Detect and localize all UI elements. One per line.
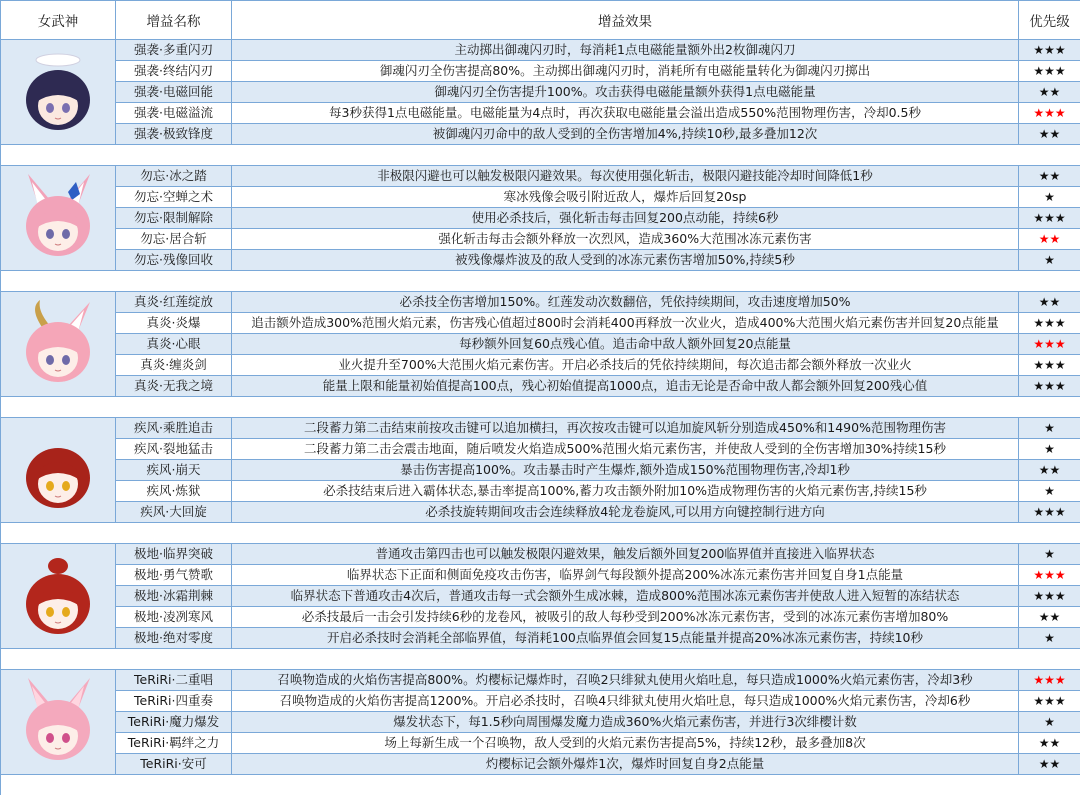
priority-cell: ★ — [1019, 628, 1080, 649]
buff-table: 女武神 增益名称 增益效果 优先级 强袭·多重闪刃主动掷出御魂闪刃时，每消耗1点… — [0, 0, 1080, 795]
star-rating-icon: ★ — [1044, 190, 1055, 204]
buff-effect: 寒冰残像会吸引附近敌人，爆炸后回复20sp — [232, 187, 1019, 208]
priority-cell: ★★★ — [1019, 334, 1080, 355]
buff-name: TeRiRi·二重唱 — [116, 670, 232, 691]
buff-name: 勿忘·空蝉之术 — [116, 187, 232, 208]
star-rating-icon: ★★★ — [1033, 673, 1065, 687]
buff-name: 疾风·裂地猛击 — [116, 439, 232, 460]
buff-name: 真炎·缠炎剑 — [116, 355, 232, 376]
star-rating-icon: ★ — [1044, 421, 1055, 435]
buff-name: TeRiRi·安可 — [116, 754, 232, 775]
table-row: 疾风·大回旋必杀技旋转期间攻击会连续释放4轮龙卷旋风,可以用方向键控制行进方向★… — [1, 502, 1080, 523]
buff-effect: 临界状态下普通攻击4次后，普通攻击每一式会额外生成冰棘，造成800%范围冰冻元素… — [232, 586, 1019, 607]
buff-effect: 御魂闪刃全伤害提升100%。攻击获得电磁能量额外获得1点电磁能量 — [232, 82, 1019, 103]
priority-cell: ★★★ — [1019, 61, 1080, 82]
star-rating-icon: ★★ — [1039, 127, 1061, 141]
buff-name: 强袭·电磁回能 — [116, 82, 232, 103]
priority-cell: ★★★ — [1019, 586, 1080, 607]
star-rating-icon: ★★★ — [1033, 568, 1065, 582]
priority-cell: ★★★ — [1019, 208, 1080, 229]
buff-effect: 二段蓄力第二击结束前按攻击键可以追加横扫，再次按攻击键可以追加旋风斩分别造成45… — [232, 418, 1019, 439]
table-row: TeRiRi·二重唱召唤物造成的火焰伤害提高800%。灼樱标记爆炸时，召唤2只绯… — [1, 670, 1080, 691]
buff-effect: 被残像爆炸波及的敌人受到的冰冻元素伤害增加50%,持续5秒 — [232, 250, 1019, 271]
buff-name: 勿忘·冰之踏 — [116, 166, 232, 187]
star-rating-icon: ★ — [1044, 253, 1055, 267]
star-rating-icon: ★ — [1044, 631, 1055, 645]
table-row: 真炎·红莲绽放必杀技全伤害增加150%。红莲发动次数翻倍，凭依持续期间，攻击速度… — [1, 292, 1080, 313]
table-row: 强袭·多重闪刃主动掷出御魂闪刃时，每消耗1点电磁能量额外出2枚御魂闪刀★★★ — [1, 40, 1080, 61]
table-row: 极地·勇气赞歌临界状态下正面和侧面免疫攻击伤害，临界剑气每段额外提高200%冰冻… — [1, 565, 1080, 586]
buff-effect: 爆发状态下，每1.5秒向周围爆发魔力造成360%火焰元素伤害，并进行3次绯樱计数 — [232, 712, 1019, 733]
star-rating-icon: ★★★ — [1033, 694, 1065, 708]
priority-cell: ★★ — [1019, 754, 1080, 775]
priority-cell: ★★★ — [1019, 103, 1080, 124]
table-row: 真炎·心眼每秒额外回复60点残心值。追击命中敌人额外回复20点能量★★★ — [1, 334, 1080, 355]
priority-cell: ★★★ — [1019, 502, 1080, 523]
priority-cell: ★★ — [1019, 229, 1080, 250]
table-row: 极地·绝对零度开启必杀技时会消耗全部临界值，每消耗100点临界值会回复15点能量… — [1, 628, 1080, 649]
pink-bunny-ear-valkyrie-avatar — [1, 170, 115, 266]
header-buff-name: 增益名称 — [116, 1, 232, 40]
buff-name: 真炎·心眼 — [116, 334, 232, 355]
group-spacer-row — [1, 649, 1080, 670]
buff-name: 勿忘·居合斩 — [116, 229, 232, 250]
buff-name: 疾风·乘胜追击 — [116, 418, 232, 439]
buff-name: TeRiRi·羁绊之力 — [116, 733, 232, 754]
character-cell — [1, 670, 116, 775]
buff-name: 极地·凌冽寒风 — [116, 607, 232, 628]
table-row: 强袭·电磁溢流每3秒获得1点电磁能量。电磁能量为4点时，再次获取电磁能量会溢出造… — [1, 103, 1080, 124]
table-row: 疾风·乘胜追击二段蓄力第二击结束前按攻击键可以追加横扫，再次按攻击键可以追加旋风… — [1, 418, 1080, 439]
buff-name: 勿忘·残像回收 — [116, 250, 232, 271]
star-rating-icon: ★★★ — [1033, 358, 1065, 372]
pink-bunny-girl-avatar — [1, 674, 115, 770]
star-rating-icon: ★★ — [1039, 610, 1061, 624]
priority-cell: ★★ — [1019, 460, 1080, 481]
table-row: 强袭·极致锋度被御魂闪刃命中的敌人受到的全伤害增加4%,持续10秒,最多叠加12… — [1, 124, 1080, 145]
dark-haired-valkyrie-avatar — [1, 44, 115, 140]
spacer-cell — [1, 649, 1080, 670]
priority-cell: ★ — [1019, 187, 1080, 208]
red-haired-valkyrie-avatar — [1, 422, 115, 518]
table-header-row: 女武神 增益名称 增益效果 优先级 — [1, 1, 1080, 40]
buff-name: 疾风·大回旋 — [116, 502, 232, 523]
priority-cell: ★★★ — [1019, 313, 1080, 334]
buff-name: 真炎·炎爆 — [116, 313, 232, 334]
priority-cell: ★★ — [1019, 82, 1080, 103]
character-cell — [1, 292, 116, 397]
priority-cell: ★★★ — [1019, 355, 1080, 376]
star-rating-icon: ★ — [1044, 442, 1055, 456]
priority-cell: ★ — [1019, 439, 1080, 460]
character-cell — [1, 544, 116, 649]
priority-cell: ★★ — [1019, 733, 1080, 754]
buff-name: 疾风·崩天 — [116, 460, 232, 481]
buff-name: 极地·临界突破 — [116, 544, 232, 565]
buff-effect: 临界状态下正面和侧面免疫攻击伤害，临界剑气每段额外提高200%冰冻元素伤害并回复… — [232, 565, 1019, 586]
group-spacer-row — [1, 397, 1080, 418]
buff-effect: 暴击伤害提高100%。攻击暴击时产生爆炸,额外造成150%范围物理伤害,冷却1秒 — [232, 460, 1019, 481]
star-rating-icon: ★★★ — [1033, 316, 1065, 330]
buff-effect: 必杀技最后一击会引发持续6秒的龙卷风，被吸引的敌人每秒受到200%冰冻元素伤害，… — [232, 607, 1019, 628]
character-cell — [1, 166, 116, 271]
buff-name: 疾风·炼狱 — [116, 481, 232, 502]
buff-effect: 非极限闪避也可以触发极限闪避效果。每次使用强化斩击，极限闪避技能冷却时间降低1秒 — [232, 166, 1019, 187]
priority-cell: ★★ — [1019, 124, 1080, 145]
buff-name: 真炎·红莲绽放 — [116, 292, 232, 313]
pink-horned-valkyrie-avatar — [1, 296, 115, 392]
buff-effect: 开启必杀技时会消耗全部临界值，每消耗100点临界值会回复15点能量并提高20%冰… — [232, 628, 1019, 649]
header-buff-effect: 增益效果 — [232, 1, 1019, 40]
priority-cell: ★★★ — [1019, 376, 1080, 397]
buff-name: 强袭·多重闪刃 — [116, 40, 232, 61]
buff-name: 勿忘·限制解除 — [116, 208, 232, 229]
star-rating-icon: ★★★ — [1033, 64, 1065, 78]
table-row: 极地·临界突破普通攻击第四击也可以触发极限闪避效果，触发后额外回复200临界值并… — [1, 544, 1080, 565]
buff-effect: 场上每新生成一个召唤物，敌人受到的火焰元素伤害提高5%，持续12秒，最多叠加8次 — [232, 733, 1019, 754]
star-rating-icon: ★★★ — [1033, 505, 1065, 519]
buff-name: 强袭·电磁溢流 — [116, 103, 232, 124]
star-rating-icon: ★★★ — [1033, 106, 1065, 120]
table-row: TeRiRi·四重奏召唤物造成的火焰伤害提高1200%。开启必杀技时，召唤4只绯… — [1, 691, 1080, 712]
buff-effect: 必杀技结束后进入霸体状态,暴击率提高100%,蓄力攻击额外附加10%造成物理伤害… — [232, 481, 1019, 502]
buff-name: TeRiRi·魔力爆发 — [116, 712, 232, 733]
priority-cell: ★ — [1019, 250, 1080, 271]
table-row: 真炎·无我之境能量上限和能量初始值提高100点，残心初始值提高1000点，追击无… — [1, 376, 1080, 397]
buff-name: TeRiRi·四重奏 — [116, 691, 232, 712]
buff-name: 强袭·终结闪刃 — [116, 61, 232, 82]
buff-effect: 每3秒获得1点电磁能量。电磁能量为4点时，再次获取电磁能量会溢出造成550%范围… — [232, 103, 1019, 124]
spacer-cell — [1, 397, 1080, 418]
buff-effect: 追击额外造成300%范围火焰元素，伤害残心值超过800时会消耗400再释放一次业… — [232, 313, 1019, 334]
priority-cell: ★★★ — [1019, 40, 1080, 61]
priority-cell: ★★★ — [1019, 670, 1080, 691]
star-rating-icon: ★★★ — [1033, 337, 1065, 351]
spacer-cell — [1, 775, 1080, 795]
table-row: 疾风·崩天暴击伤害提高100%。攻击暴击时产生爆炸,额外造成150%范围物理伤害… — [1, 460, 1080, 481]
table-body: 强袭·多重闪刃主动掷出御魂闪刃时，每消耗1点电磁能量额外出2枚御魂闪刀★★★强袭… — [1, 40, 1080, 795]
table-row: 疾风·裂地猛击二段蓄力第二击会震击地面，随后喷发火焰造成500%范围火焰元素伤害… — [1, 439, 1080, 460]
buff-effect: 每秒额外回复60点残心值。追击命中敌人额外回复20点能量 — [232, 334, 1019, 355]
buff-effect: 御魂闪刃全伤害提高80%。主动掷出御魂闪刃时，消耗所有电磁能量转化为御魂闪刃掷出 — [232, 61, 1019, 82]
buff-effect: 必杀技旋转期间攻击会连续释放4轮龙卷旋风,可以用方向键控制行进方向 — [232, 502, 1019, 523]
priority-cell: ★★ — [1019, 607, 1080, 628]
star-rating-icon: ★★ — [1039, 757, 1061, 771]
buff-effect: 业火提升至700%大范围火焰元素伤害。开启必杀技后的凭依持续期间，每次追击都会额… — [232, 355, 1019, 376]
group-spacer-row — [1, 523, 1080, 544]
table-row: TeRiRi·安可灼樱标记会额外爆炸1次，爆炸时回复自身2点能量★★ — [1, 754, 1080, 775]
priority-cell: ★ — [1019, 481, 1080, 502]
priority-cell: ★ — [1019, 418, 1080, 439]
group-spacer-row — [1, 775, 1080, 795]
star-rating-icon: ★★★ — [1033, 589, 1065, 603]
buff-effect: 召唤物造成的火焰伤害提高1200%。开启必杀技时，召唤4只绯狱丸使用火焰吐息，每… — [232, 691, 1019, 712]
spacer-cell — [1, 271, 1080, 292]
table-row: 强袭·终结闪刃御魂闪刃全伤害提高80%。主动掷出御魂闪刃时，消耗所有电磁能量转化… — [1, 61, 1080, 82]
star-rating-icon: ★★ — [1039, 169, 1061, 183]
buff-effect: 普通攻击第四击也可以触发极限闪避效果，触发后额外回复200临界值并直接进入临界状… — [232, 544, 1019, 565]
spacer-cell — [1, 145, 1080, 166]
table-row: 真炎·缠炎剑业火提升至700%大范围火焰元素伤害。开启必杀技后的凭依持续期间，每… — [1, 355, 1080, 376]
star-rating-icon: ★★ — [1039, 232, 1061, 246]
star-rating-icon: ★ — [1044, 547, 1055, 561]
buff-name: 真炎·无我之境 — [116, 376, 232, 397]
buff-name: 强袭·极致锋度 — [116, 124, 232, 145]
table-row: 极地·凌冽寒风必杀技最后一击会引发持续6秒的龙卷风，被吸引的敌人每秒受到200%… — [1, 607, 1080, 628]
table-row: 疾风·炼狱必杀技结束后进入霸体状态,暴击率提高100%,蓄力攻击额外附加10%造… — [1, 481, 1080, 502]
star-rating-icon: ★ — [1044, 715, 1055, 729]
priority-cell: ★★★ — [1019, 691, 1080, 712]
table-row: 勿忘·空蝉之术寒冰残像会吸引附近敌人，爆炸后回复20sp★ — [1, 187, 1080, 208]
star-rating-icon: ★★ — [1039, 295, 1061, 309]
priority-cell: ★ — [1019, 544, 1080, 565]
priority-cell: ★★★ — [1019, 565, 1080, 586]
star-rating-icon: ★★★ — [1033, 211, 1065, 225]
star-rating-icon: ★★ — [1039, 736, 1061, 750]
buff-effect: 二段蓄力第二击会震击地面，随后喷发火焰造成500%范围火焰元素伤害，并使敌人受到… — [232, 439, 1019, 460]
priority-cell: ★★ — [1019, 166, 1080, 187]
red-ponytail-valkyrie-avatar — [1, 548, 115, 644]
table-row: TeRiRi·羁绊之力场上每新生成一个召唤物，敌人受到的火焰元素伤害提高5%，持… — [1, 733, 1080, 754]
star-rating-icon: ★★ — [1039, 463, 1061, 477]
table-row: 勿忘·限制解除使用必杀技后，强化斩击每击回复200点动能，持续6秒★★★ — [1, 208, 1080, 229]
table-row: TeRiRi·魔力爆发爆发状态下，每1.5秒向周围爆发魔力造成360%火焰元素伤… — [1, 712, 1080, 733]
character-cell — [1, 40, 116, 145]
buff-effect: 强化斩击每击会额外释放一次烈风，造成360%大范围冰冻元素伤害 — [232, 229, 1019, 250]
table-row: 极地·冰霜荆棘临界状态下普通攻击4次后，普通攻击每一式会额外生成冰棘，造成800… — [1, 586, 1080, 607]
buff-effect: 必杀技全伤害增加150%。红莲发动次数翻倍，凭依持续期间，攻击速度增加50% — [232, 292, 1019, 313]
buff-effect: 被御魂闪刃命中的敌人受到的全伤害增加4%,持续10秒,最多叠加12次 — [232, 124, 1019, 145]
buff-effect: 灼樱标记会额外爆炸1次，爆炸时回复自身2点能量 — [232, 754, 1019, 775]
priority-cell: ★★ — [1019, 292, 1080, 313]
character-cell — [1, 418, 116, 523]
table-row: 真炎·炎爆追击额外造成300%范围火焰元素，伤害残心值超过800时会消耗400再… — [1, 313, 1080, 334]
table-row: 强袭·电磁回能御魂闪刃全伤害提升100%。攻击获得电磁能量额外获得1点电磁能量★… — [1, 82, 1080, 103]
table-row: 勿忘·残像回收被残像爆炸波及的敌人受到的冰冻元素伤害增加50%,持续5秒★ — [1, 250, 1080, 271]
buff-effect: 使用必杀技后，强化斩击每击回复200点动能，持续6秒 — [232, 208, 1019, 229]
star-rating-icon: ★★★ — [1033, 379, 1065, 393]
header-character: 女武神 — [1, 1, 116, 40]
group-spacer-row — [1, 271, 1080, 292]
buff-effect: 召唤物造成的火焰伤害提高800%。灼樱标记爆炸时，召唤2只绯狱丸使用火焰吐息，每… — [232, 670, 1019, 691]
priority-cell: ★ — [1019, 712, 1080, 733]
header-priority: 优先级 — [1019, 1, 1080, 40]
group-spacer-row — [1, 145, 1080, 166]
star-rating-icon: ★★ — [1039, 85, 1061, 99]
table-row: 勿忘·居合斩强化斩击每击会额外释放一次烈风，造成360%大范围冰冻元素伤害★★ — [1, 229, 1080, 250]
buff-name: 极地·绝对零度 — [116, 628, 232, 649]
buff-effect: 主动掷出御魂闪刃时，每消耗1点电磁能量额外出2枚御魂闪刀 — [232, 40, 1019, 61]
spacer-cell — [1, 523, 1080, 544]
star-rating-icon: ★ — [1044, 484, 1055, 498]
buff-name: 极地·勇气赞歌 — [116, 565, 232, 586]
table-row: 勿忘·冰之踏非极限闪避也可以触发极限闪避效果。每次使用强化斩击，极限闪避技能冷却… — [1, 166, 1080, 187]
star-rating-icon: ★★★ — [1033, 43, 1065, 57]
buff-effect: 能量上限和能量初始值提高100点，残心初始值提高1000点，追击无论是否命中敌人… — [232, 376, 1019, 397]
buff-name: 极地·冰霜荆棘 — [116, 586, 232, 607]
